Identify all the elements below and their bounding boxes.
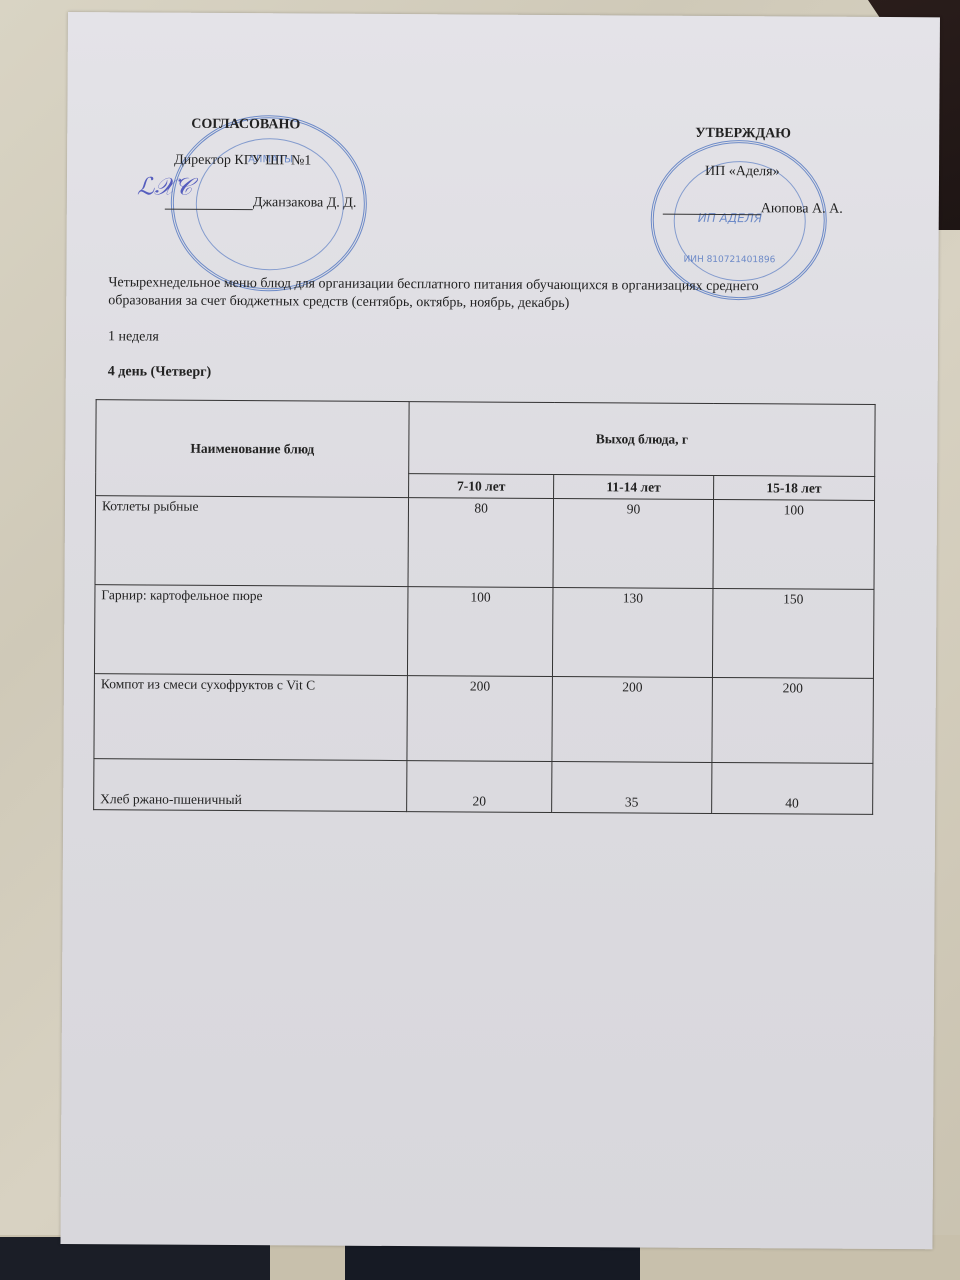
yield-7-10: 80	[408, 498, 554, 588]
day-label: 4 день (Четверг)	[108, 364, 211, 381]
approval-right-organization: ИП «Аделя»	[705, 164, 780, 180]
yield-11-14: 35	[552, 761, 712, 813]
signature-left: ℒ𝒳𝒞	[137, 172, 193, 200]
column-header-dish-name: Наименование блюд	[96, 400, 410, 498]
approval-right-signatory: Аюпова А. А.	[761, 201, 843, 218]
yield-7-10: 100	[407, 587, 553, 677]
yield-11-14: 90	[553, 498, 713, 588]
document-title-line1: Четырехнедельное меню блюд для организац…	[108, 275, 758, 295]
dish-name: Гарнир: картофельное пюре	[94, 585, 408, 676]
yield-7-10: 200	[407, 676, 553, 762]
column-header-age-11-14: 11-14 лет	[554, 474, 714, 499]
table-row: Хлеб ржано-пшеничный 20 35 40	[94, 759, 873, 815]
table-row: Компот из смеси сухофруктов с Vit C 200 …	[94, 674, 874, 764]
column-header-age-15-18: 15-18 лет	[713, 475, 874, 500]
table-row: Гарнир: картофельное пюре 100 130 150	[94, 585, 874, 679]
dish-name: Хлеб ржано-пшеничный	[94, 759, 407, 812]
yield-11-14: 200	[552, 676, 712, 762]
yield-7-10: 20	[407, 761, 553, 813]
column-header-age-7-10: 7-10 лет	[409, 474, 554, 499]
yield-15-18: 200	[712, 677, 874, 763]
approval-left-heading: СОГЛАСОВАНО	[191, 117, 300, 134]
yield-15-18: 150	[712, 588, 874, 678]
approval-left-position: Директор КГУ ШГ №1	[174, 153, 311, 170]
dish-name: Котлеты рыбные	[95, 496, 409, 587]
yield-15-18: 100	[713, 499, 875, 589]
approval-right-heading: УТВЕРЖДАЮ	[695, 126, 791, 143]
menu-table: Наименование блюд Выход блюда, г 7-10 ле…	[93, 399, 875, 815]
dish-name: Компот из смеси сухофруктов с Vit C	[94, 674, 408, 761]
approval-left-signatory: Джанзакова Д. Д.	[253, 195, 357, 212]
yield-15-18: 40	[711, 762, 873, 814]
stamp-bottom-text: ИИН 810721401896	[683, 255, 775, 266]
column-header-yield: Выход блюда, г	[409, 402, 875, 477]
document-page: АЛМАТЫ СОГЛАСОВАНО Директор КГУ ШГ №1 ℒ𝒳…	[60, 12, 940, 1249]
week-label: 1 неделя	[108, 329, 159, 345]
yield-11-14: 130	[553, 587, 713, 677]
table-row: Котлеты рыбные 80 90 100	[95, 496, 875, 590]
document-title-line2: образования за счет бюджетных средств (с…	[108, 293, 569, 312]
